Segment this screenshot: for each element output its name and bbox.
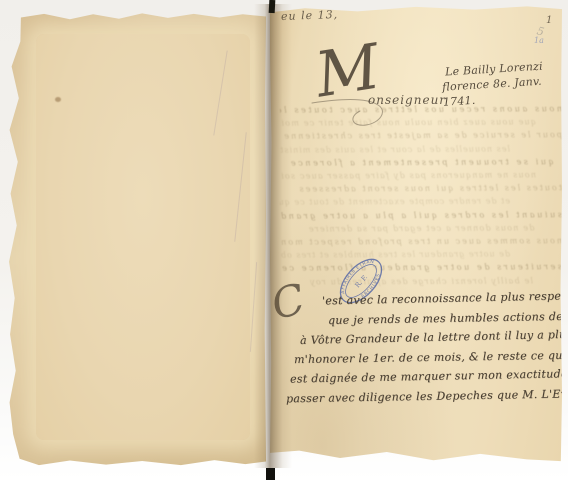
- letter-body: 'est avec la reconnoissance la plus resp…: [286, 289, 560, 407]
- bleedthrough-line: pour le seruice de sa majeste tres chres…: [280, 129, 562, 144]
- scanned-manuscript-spread: eu le 13, 1 5 1a nous auons receu uos le…: [0, 0, 568, 480]
- bleedthrough-line: et de rendre compte exactement de tout c…: [280, 195, 562, 210]
- bleedthrough-line: les nouuelles de la cour et les auis des…: [280, 142, 562, 157]
- pencil-mark-blue: 1a: [534, 36, 544, 45]
- right-page: eu le 13, 1 5 1a nous auons receu uos le…: [270, 5, 562, 463]
- bleedthrough-line: suiuant les ordres quil a plu a uotre gr…: [280, 208, 562, 223]
- left-page-inner-sheet: [36, 34, 250, 440]
- foxing-spot: [55, 97, 61, 102]
- binding-mark-top: [269, 0, 276, 13]
- binding-mark-bottom: [266, 468, 275, 480]
- salutation-rest: onseigneur: [368, 93, 446, 107]
- left-page: [8, 12, 266, 466]
- ink-bleedthrough: nous auons receu uos lettres auec toutes…: [280, 103, 562, 288]
- paper-scratch: [250, 262, 257, 352]
- bleedthrough-line: seruiteurs de uotre grandeur a florence …: [280, 261, 562, 276]
- received-annotation: eu le 13,: [281, 8, 339, 23]
- stamp-center-text: R. F.: [353, 273, 369, 289]
- folio-number: 1: [546, 15, 552, 26]
- letter-line: passer avec diligence les Depeches que M…: [286, 385, 560, 409]
- salutation: M onseigneur: [316, 41, 379, 101]
